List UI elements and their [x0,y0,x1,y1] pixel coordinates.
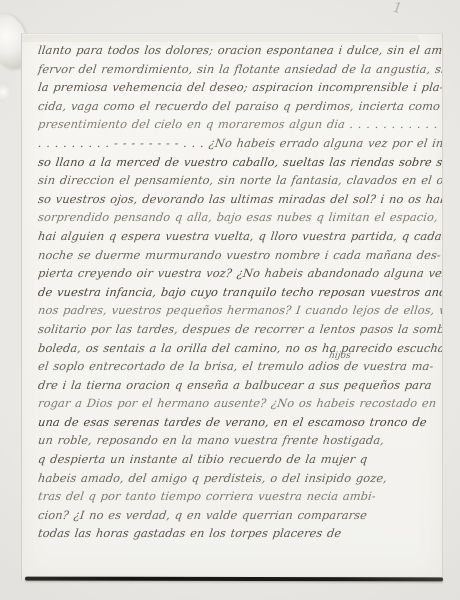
manuscript-line: el soplo entrecortado de la brisa, el tr… [37,357,443,376]
manuscript-page: llanto para todos los dolores; oracion e… [21,33,443,580]
manuscript-line: cion? ¿I no es verdad, q en valde querri… [37,506,443,525]
manuscript-line: . . . . . . . . . - - - - - - - - . . . … [37,134,443,153]
manuscript-line: un roble, reposando en la mano vuestra f… [37,431,443,450]
page-number-mark: 1 [390,0,410,28]
manuscript-line: hai alguien q espera vuestra vuelta, q l… [37,227,443,246]
manuscript-line: todas las horas gastadas en los torpes p… [37,524,443,543]
manuscript-line: nos padres, vuestros pequeños hermanos? … [37,301,443,320]
manuscript-line: dre i la tierna oracion q enseña a balbu… [37,376,443,395]
manuscript-line: pierta creyendo oir vuestra voz? ¿No hab… [37,264,443,283]
interline-insertion-word: hijos [328,351,351,361]
page-bottom-edge-shadow [25,577,443,582]
manuscript-line: so vuestros ojos, devorando las ultimas … [37,190,443,209]
manuscript-line: rogar a Dios por el hermano ausente? ¿No… [37,394,443,413]
manuscript-text-block: llanto para todos los dolores; oracion e… [37,41,441,543]
manuscript-line: una de esas serenas tardes de verano, en… [37,413,443,432]
manuscript-line: sin direccion el pensamiento, sin norte … [37,171,443,190]
manuscript-line: cida, vaga como el recuerdo del paraiso … [37,97,443,116]
manuscript-line: boleda, os sentais a la orilla del camin… [37,339,443,358]
manuscript-line: habeis amado, del amigo q perdisteis, o … [37,469,443,488]
manuscript-line: q despierta un instante al tibio recuerd… [37,450,443,469]
manuscript-line: so llano a la merced de vuestro caballo,… [37,153,443,172]
manuscript-line: de vuestra infancia, bajo cuyo tranquilo… [37,283,443,302]
manuscript-line: solitario por las tardes, despues de rec… [37,320,443,339]
manuscript-line: noche se duerme murmurando vuestro nombr… [37,246,443,265]
manuscript-line: presentimiento del cielo en q moraremos … [37,115,443,134]
paper-scrap-fragment-small [0,81,12,103]
manuscript-line: fervor del remordimiento, sin la flotant… [37,60,443,79]
manuscript-line: tras del q por tanto tiempo corriera vue… [37,487,443,506]
manuscript-line: la premiosa vehemencia del deseo; aspira… [37,78,443,97]
manuscript-line: llanto para todos los dolores; oracion e… [37,41,443,60]
manuscript-line: sorprendido pensando q alla, bajo esas n… [37,208,443,227]
scanned-photo: 1 llanto para todos los dolores; oracion… [0,0,460,600]
